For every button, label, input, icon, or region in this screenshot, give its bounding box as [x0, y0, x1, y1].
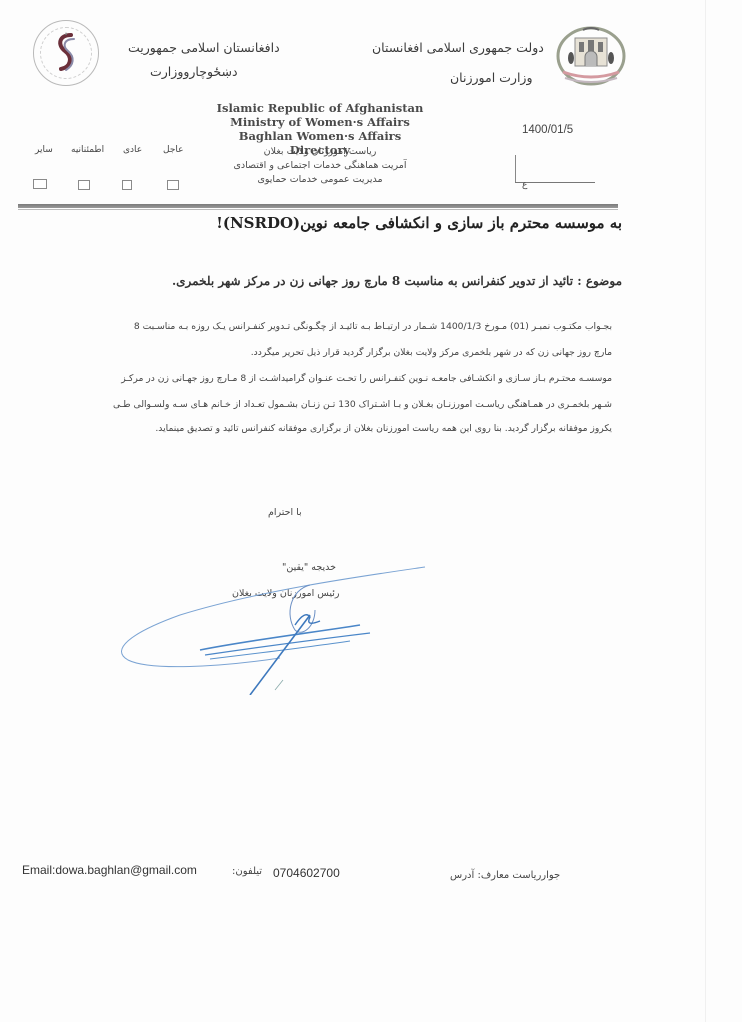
body-line-5: یکروز موفقانه برگزار گردید. بنا روی این …	[155, 423, 612, 434]
footer-phone-label: تیلفون:	[232, 866, 262, 877]
header-right-line1: دولت جمهوری اسلامی افغانستان	[372, 40, 544, 55]
header-fa-line1: ریاست امورزنان ولایت بغلان	[215, 145, 425, 159]
priority-label-other: سایر	[35, 145, 53, 155]
priority-label-confidential: اطمئنانیه	[71, 145, 104, 155]
body-line-1: بجـواب مکتـوب نمبـر (01) مـورخ 1400/1/3 …	[134, 321, 612, 332]
header-center-dari: ریاست امورزنان ولایت بغلان آمریت هماهنگی…	[215, 145, 425, 187]
priority-label-normal: عادی	[123, 145, 142, 155]
header-fa-line2: آمریت هماهنگی خدمات اجتماعی و اقتصادی	[215, 159, 425, 173]
priority-checkbox-other[interactable]	[33, 179, 47, 189]
number-tick-mark	[515, 155, 516, 183]
national-emblem-logo	[555, 22, 627, 88]
signature-icon	[110, 555, 430, 695]
priority-checkbox-confidential[interactable]	[78, 180, 90, 190]
header-fa-line3: مدیریت عمومی خدمات حمایوی	[215, 173, 425, 187]
letter-closing: با احترام	[268, 507, 302, 518]
priority-checkbox-normal[interactable]	[122, 180, 132, 190]
letter-date: 1400/01/5	[522, 124, 573, 136]
priority-label-urgent: عاجل	[163, 145, 184, 155]
letter-addressee: به موسسه محترم باز سازی و انکشافی جامعه …	[216, 214, 622, 232]
footer-address: جوارریاست معارف: آدرس	[450, 870, 560, 881]
ribbon-s-icon	[49, 31, 83, 75]
header-divider-thick	[18, 204, 618, 208]
header-divider-thin	[18, 209, 618, 210]
number-label: ع	[522, 180, 527, 190]
emblem-icon	[555, 22, 627, 88]
letter-page: دافغانستان اسلامی جمهوریت دښځوچارووزارت …	[0, 0, 742, 1022]
body-line-3: موسسـه محتـرم بـاز سـازی و انکشـافی جامع…	[121, 373, 612, 384]
header-en-line2: Ministry of Women·s Affairs	[215, 115, 425, 129]
header-left-line2: دښځوچارووزارت	[150, 64, 238, 79]
header-left-line1: دافغانستان اسلامی جمهوریت	[128, 40, 280, 55]
footer-email: Email:dowa.baghlan@gmail.com	[22, 863, 197, 877]
body-line-4: شـهر بلخمـری در همـاهنگی ریاسـت امورزنـا…	[113, 399, 612, 410]
letter-subject: موضوع : تائید از تدویر کنفرانس به مناسبت…	[172, 274, 622, 288]
priority-checkbox-urgent[interactable]	[167, 180, 179, 190]
body-line-2: مارچ روز جهانی زن که در شهر بلخمری مرکز …	[251, 347, 612, 358]
header-right-line2: وزارت امورزنان	[450, 70, 533, 85]
footer-phone: 0704602700	[273, 866, 340, 880]
ministry-seal-logo	[33, 20, 99, 86]
header-en-line1: Islamic Republic of Afghanistan	[215, 101, 425, 115]
